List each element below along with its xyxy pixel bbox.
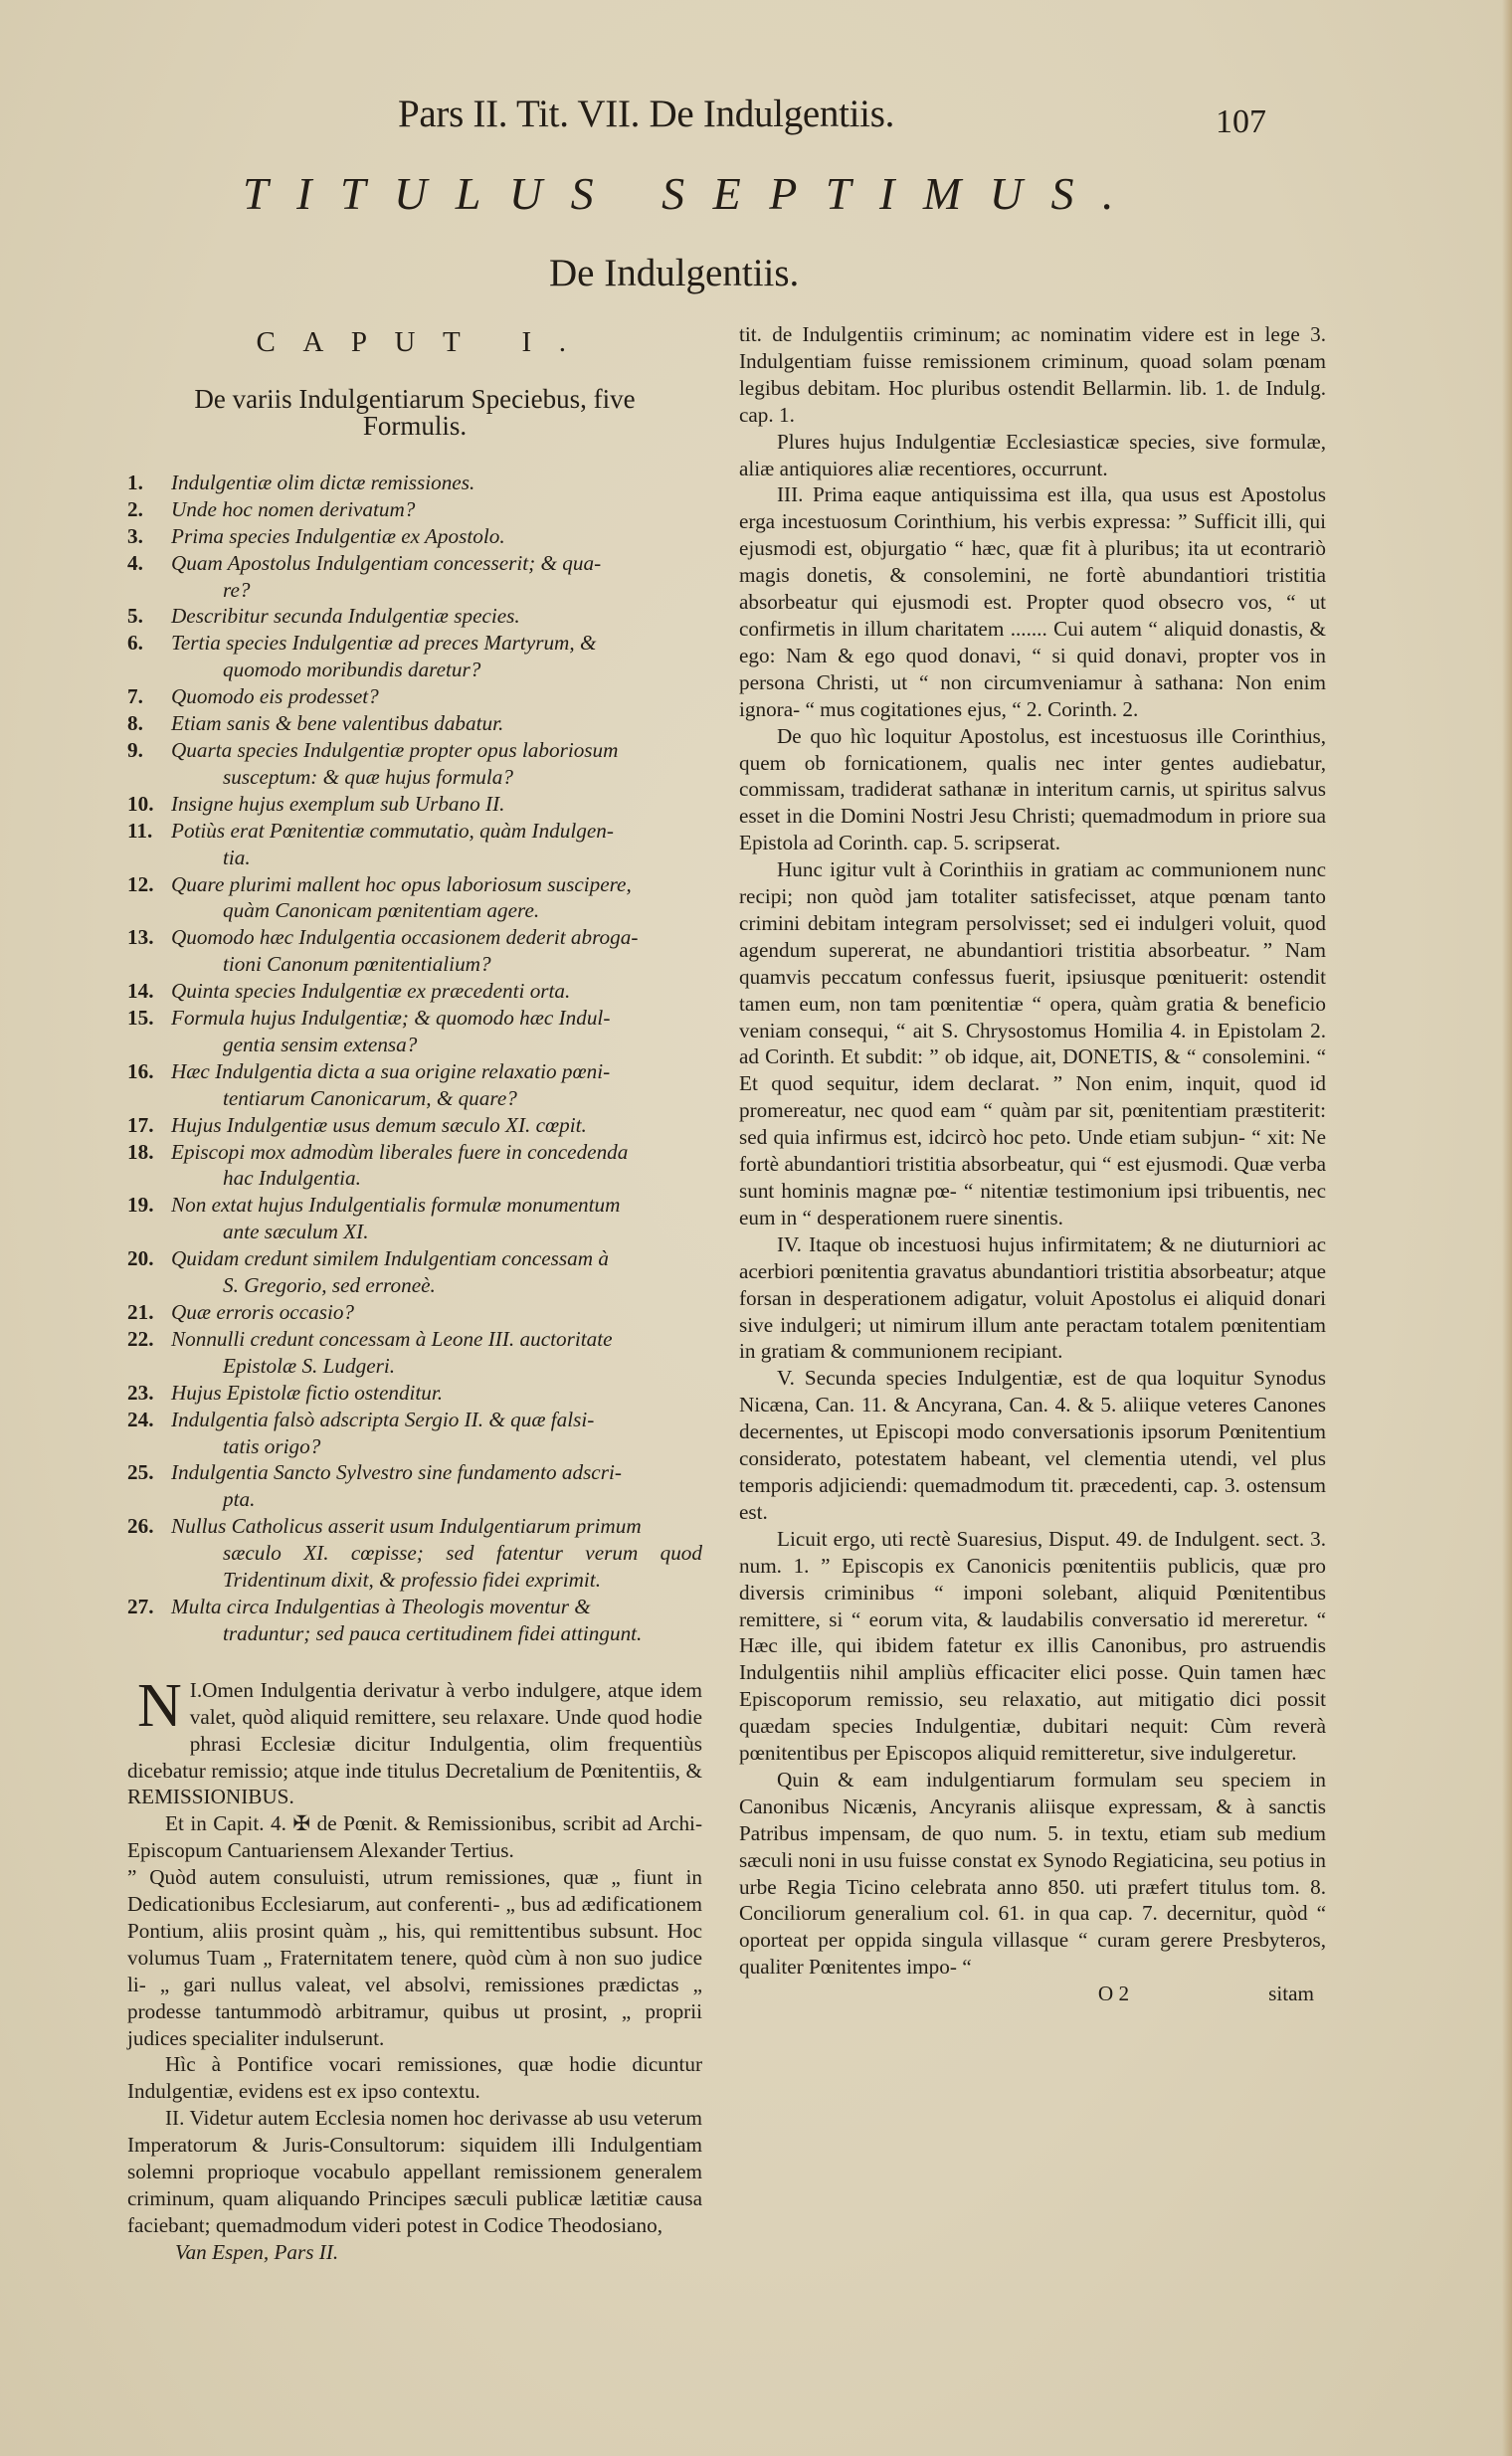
summary-item-continuation: susceptum: & quæ hujus formula? xyxy=(127,764,702,791)
paragraph: Licuit ergo, uti rectè Suaresius, Disput… xyxy=(739,1526,1326,1767)
page-edge xyxy=(1502,0,1512,2456)
summary-item-continuation: tioni Canonum pœnitentialium? xyxy=(127,951,702,978)
summary-item-text: Prima species Indulgentiæ ex Apostolo. xyxy=(171,523,702,550)
summary-item-number: 27. xyxy=(127,1594,167,1620)
summary-item-text: Indulgentia falsò adscripta Sergio II. &… xyxy=(171,1407,702,1433)
summary-item-text: Multa circa Indulgentias à Theologis mov… xyxy=(171,1594,702,1620)
paragraph: Et in Capit. 4. ✠ de Pœnit. & Remissioni… xyxy=(127,1810,702,1864)
summary-item-number: 15. xyxy=(127,1005,167,1032)
summary-item-number: 9. xyxy=(127,737,167,764)
right-column: tit. de Indulgentiis criminum; ac nomina… xyxy=(739,321,1326,2007)
summary-item-text: Indulgentia Sancto Sylvestro sine fundam… xyxy=(171,1459,702,1486)
summary-item-continuation: tentiarum Canonicarum, & quare? xyxy=(127,1085,702,1112)
catchword: sitam xyxy=(1268,1982,1314,2005)
summary-item-number: 23. xyxy=(127,1380,167,1407)
section-1-text: Omen Indulgentia derivatur à verbo indul… xyxy=(127,1678,702,1809)
summary-item: 16.Hæc Indulgentia dicta a sua origine r… xyxy=(127,1058,702,1112)
summary-item-continuation: ante sæculum XI. xyxy=(127,1219,702,1245)
page-number: 107 xyxy=(1216,103,1266,141)
summary-item-continuation: gentia sensim extensa? xyxy=(127,1032,702,1058)
summary-item: 24.Indulgentia falsò adscripta Sergio II… xyxy=(127,1407,702,1460)
summary-item: 7.Quomodo eis prodesset? xyxy=(127,683,702,710)
summary-item: 1.Indulgentiæ olim dictæ remissiones. xyxy=(127,470,702,496)
summary-item: 10.Insigne hujus exemplum sub Urbano II. xyxy=(127,791,702,818)
summary-item-text: Etiam sanis & bene valentibus dabatur. xyxy=(171,710,702,737)
summary-list: 1.Indulgentiæ olim dictæ remissiones.2.U… xyxy=(127,470,702,1647)
summary-item-continuation: pta. xyxy=(127,1486,702,1513)
summary-item: 2.Unde hoc nomen derivatum? xyxy=(127,496,702,523)
summary-item-continuation: tia. xyxy=(127,845,702,871)
summary-item-number: 4. xyxy=(127,550,167,577)
summary-item: 25.Indulgentia Sancto Sylvestro sine fun… xyxy=(127,1459,702,1513)
summary-item: 3.Prima species Indulgentiæ ex Apostolo. xyxy=(127,523,702,550)
summary-item-text: Non extat hujus Indulgentialis formulæ m… xyxy=(171,1192,702,1219)
summary-item-text: Potiùs erat Pœnitentiæ commutatio, quàm … xyxy=(171,818,702,845)
summary-item-number: 16. xyxy=(127,1058,167,1085)
summary-item-number: 22. xyxy=(127,1326,167,1353)
summary-item-number: 8. xyxy=(127,710,167,737)
summary-item: 23.Hujus Epistolæ fictio ostenditur. xyxy=(127,1380,702,1407)
summary-item-text: Nonnulli credunt concessam à Leone III. … xyxy=(171,1326,702,1353)
summary-item-text: Quam Apostolus Indulgentiam concesserit;… xyxy=(171,550,702,577)
summary-item-text: Quinta species Indulgentiæ ex præcedenti… xyxy=(171,978,702,1005)
summary-item-continuation: quomodo moribundis daretur? xyxy=(127,657,702,683)
summary-item-continuation: re? xyxy=(127,577,702,604)
drop-cap: N xyxy=(137,1681,182,1731)
paragraph: Plures hujus Indulgentiæ Ecclesiasticæ s… xyxy=(739,429,1326,482)
section-4: IV. Itaque ob incestuosi hujus infirmita… xyxy=(739,1231,1326,1366)
section-1: I.NOmen Indulgentia derivatur à verbo in… xyxy=(127,1677,702,1811)
footer-signature: O 2sitam xyxy=(739,1981,1326,2007)
summary-item-number: 1. xyxy=(127,470,167,496)
summary-item-number: 5. xyxy=(127,603,167,630)
section-2: II. Videtur autem Ecclesia nomen hoc der… xyxy=(127,2105,702,2239)
summary-item-text: Quarta species Indulgentiæ propter opus … xyxy=(171,737,702,764)
summary-item-text: Formula hujus Indulgentiæ; & quomodo hæc… xyxy=(171,1005,702,1032)
summary-item: 15.Formula hujus Indulgentiæ; & quomodo … xyxy=(127,1005,702,1058)
paragraph: tit. de Indulgentiis criminum; ac nomina… xyxy=(739,321,1326,429)
summary-item-number: 6. xyxy=(127,630,167,657)
summary-item-text: Quomodo eis prodesset? xyxy=(171,683,702,710)
summary-item-number: 21. xyxy=(127,1299,167,1326)
summary-item-number: 2. xyxy=(127,496,167,523)
summary-item: 6.Tertia species Indulgentiæ ad preces M… xyxy=(127,630,702,683)
summary-item-number: 17. xyxy=(127,1112,167,1139)
summary-item-text: Hujus Indulgentiæ usus demum sæculo XI. … xyxy=(171,1112,702,1139)
summary-item: 5.Describitur secunda Indulgentiæ specie… xyxy=(127,603,702,630)
summary-item-number: 3. xyxy=(127,523,167,550)
summary-item-number: 25. xyxy=(127,1459,167,1486)
title-titulus: TITULUS SEPTIMUS. xyxy=(243,167,1142,220)
summary-item-number: 14. xyxy=(127,978,167,1005)
summary-item-number: 26. xyxy=(127,1513,167,1540)
summary-item: 18.Episcopi mox admodùm liberales fuere … xyxy=(127,1139,702,1193)
summary-item-number: 19. xyxy=(127,1192,167,1219)
summary-item-continuation: traduntur; sed pauca certitudinem fidei … xyxy=(127,1620,702,1647)
summary-item: 19.Non extat hujus Indulgentialis formul… xyxy=(127,1192,702,1245)
paragraph: Quin & eam indulgentiarum formulam seu s… xyxy=(739,1767,1326,1981)
summary-item-continuation: tatis origo? xyxy=(127,1433,702,1460)
summary-item-continuation: sæculo XI. cœpisse; sed fatentur verum q… xyxy=(127,1540,702,1594)
summary-item-continuation: hac Indulgentia. xyxy=(127,1165,702,1192)
summary-item-number: 11. xyxy=(127,818,167,845)
summary-item-number: 18. xyxy=(127,1139,167,1166)
summary-item-text: Indulgentiæ olim dictæ remissiones. xyxy=(171,470,702,496)
section-3: III. Prima eaque antiquissima est illa, … xyxy=(739,481,1326,722)
caput-heading: CAPUT I. xyxy=(147,329,702,356)
summary-item-text: Hæc Indulgentia dicta a sua origine rela… xyxy=(171,1058,702,1085)
summary-item: 26.Nullus Catholicus asserit usum Indulg… xyxy=(127,1513,702,1594)
summary-item-number: 12. xyxy=(127,871,167,898)
summary-item-number: 7. xyxy=(127,683,167,710)
summary-item-text: Quidam credunt similem Indulgentiam conc… xyxy=(171,1245,702,1272)
summary-item: 14.Quinta species Indulgentiæ ex præcede… xyxy=(127,978,702,1005)
summary-item-text: Describitur secunda Indulgentiæ species. xyxy=(171,603,702,630)
signature-line: Van Espen, Pars II. xyxy=(127,2239,702,2266)
summary-item-continuation: quàm Canonicam pœnitentiam agere. xyxy=(127,897,702,924)
section-number: I. xyxy=(190,1678,202,1702)
summary-item: 17.Hujus Indulgentiæ usus demum sæculo X… xyxy=(127,1112,702,1139)
summary-item: 11.Potiùs erat Pœnitentiæ commutatio, qu… xyxy=(127,818,702,871)
summary-item-text: Tertia species Indulgentiæ ad preces Mar… xyxy=(171,630,702,657)
summary-item: 20.Quidam credunt similem Indulgentiam c… xyxy=(127,1245,702,1299)
summary-item-text: Unde hoc nomen derivatum? xyxy=(171,496,702,523)
summary-item-number: 13. xyxy=(127,924,167,951)
summary-item-continuation: S. Gregorio, sed erroneè. xyxy=(127,1272,702,1299)
paragraph: Hunc igitur vult à Corinthiis in gratiam… xyxy=(739,856,1326,1231)
paragraph: Hìc à Pontifice vocari remissiones, quæ … xyxy=(127,2051,702,2105)
title-subtitle: De Indulgentiis. xyxy=(549,251,799,295)
summary-item-text: Hujus Epistolæ fictio ostenditur. xyxy=(171,1380,702,1407)
summary-item-number: 20. xyxy=(127,1245,167,1272)
summary-item-continuation: Epistolæ S. Ludgeri. xyxy=(127,1353,702,1380)
running-head: Pars II. Tit. VII. De Indulgentiis. xyxy=(398,92,894,136)
summary-item: 8.Etiam sanis & bene valentibus dabatur. xyxy=(127,710,702,737)
summary-item-text: Quomodo hæc Indulgentia occasionem deder… xyxy=(171,924,702,951)
summary-item: 21.Quæ erroris occasio? xyxy=(127,1299,702,1326)
summary-item-text: Nullus Catholicus asserit usum Indulgent… xyxy=(171,1513,702,1540)
summary-item-number: 10. xyxy=(127,791,167,818)
quotation: ” Quòd autem consuluisti, utrum remissio… xyxy=(127,1864,702,2051)
summary-item: 9.Quarta species Indulgentiæ propter opu… xyxy=(127,737,702,791)
summary-item-text: Quare plurimi mallent hoc opus laboriosu… xyxy=(171,871,702,898)
left-column: CAPUT I. De variis Indulgentiarum Specie… xyxy=(127,324,702,2266)
summary-item: 4.Quam Apostolus Indulgentiam concesseri… xyxy=(127,550,702,604)
paragraph: De quo hìc loquitur Apostolus, est inces… xyxy=(739,723,1326,857)
summary-item-text: Insigne hujus exemplum sub Urbano II. xyxy=(171,791,702,818)
summary-item: 13.Quomodo hæc Indulgentia occasionem de… xyxy=(127,924,702,978)
caput-subheading: De variis Indulgentiarum Speciebus, five… xyxy=(127,386,702,440)
summary-item-number: 24. xyxy=(127,1407,167,1433)
section-5: V. Secunda species Indulgentiæ, est de q… xyxy=(739,1365,1326,1525)
summary-item: 12.Quare plurimi mallent hoc opus labori… xyxy=(127,871,702,925)
summary-item-text: Episcopi mox admodùm liberales fuere in … xyxy=(171,1139,702,1166)
summary-item: 27.Multa circa Indulgentias à Theologis … xyxy=(127,1594,702,1647)
signature-mark: O 2 xyxy=(1098,1981,1129,2007)
summary-item-text: Quæ erroris occasio? xyxy=(171,1299,702,1326)
summary-item: 22.Nonnulli credunt concessam à Leone II… xyxy=(127,1326,702,1380)
